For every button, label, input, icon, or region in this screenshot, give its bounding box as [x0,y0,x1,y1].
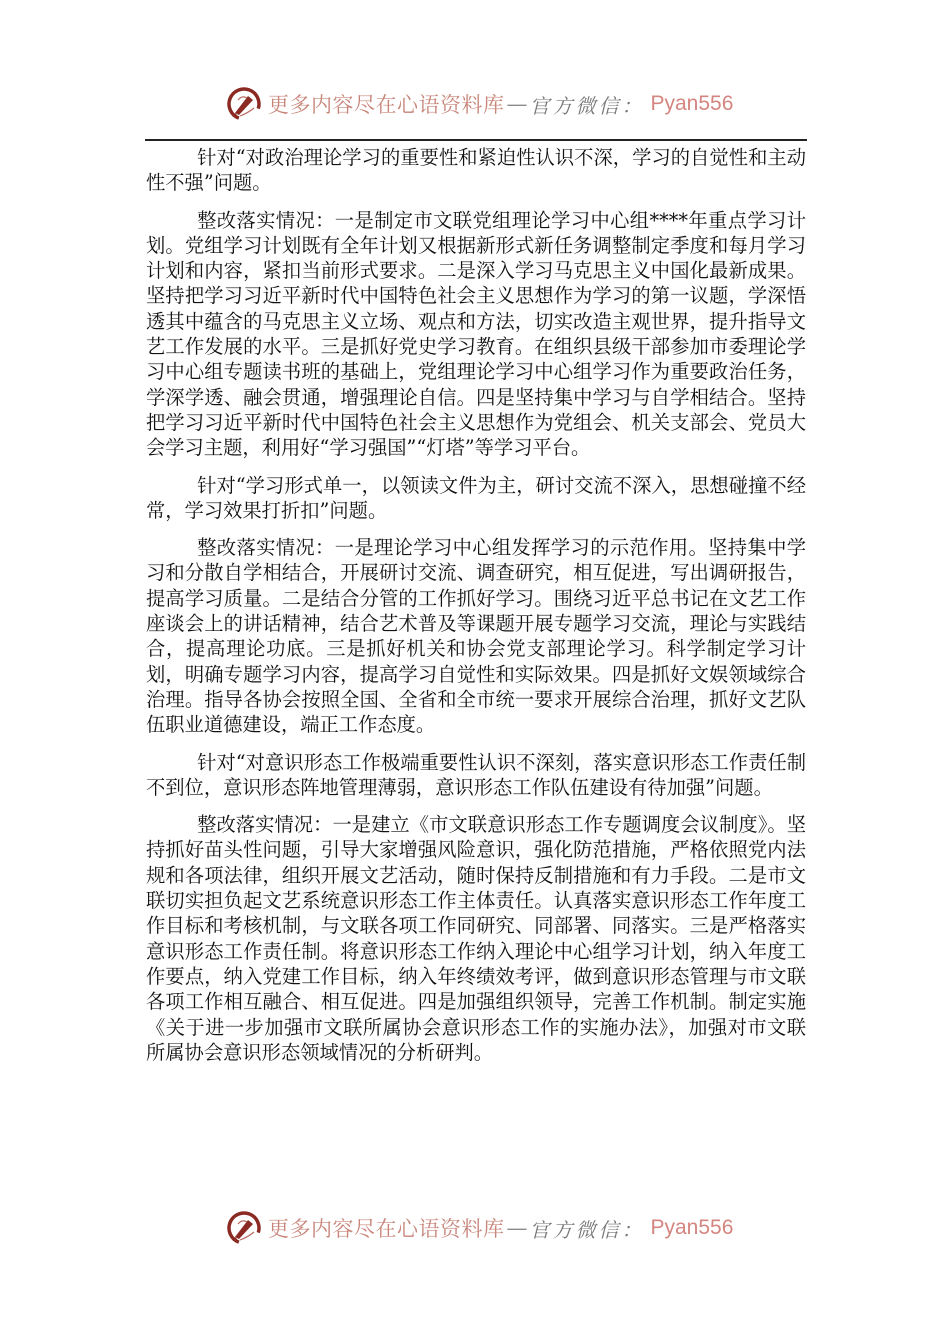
pen-nib-logo-icon [226,1210,262,1246]
header-banner: 更多内容尽在心语资料库 — 官方微信： Pyan556 [226,82,733,126]
header-divider [145,139,807,141]
banner-wechat-id: Pyan556 [651,92,734,116]
banner-slogan: 更多内容尽在心语资料库 [268,1213,505,1243]
rectification-paragraph-2: 整改落实情况：一是理论学习中心组发挥学习的示范作用。坚持集中学习和分散自学相结合… [146,535,806,737]
issue-paragraph-1: 针对“对政治理论学习的重要性和紧迫性认识不深，学习的自觉性和主动性不强”问题。 [146,145,806,196]
footer-banner: 更多内容尽在心语资料库 — 官方微信： Pyan556 [226,1206,733,1250]
rectification-paragraph-1: 整改落实情况：一是制定市文联党组理论学习中心组****年重点学习计划。党组学习计… [146,208,806,461]
document-body: 针对“对政治理论学习的重要性和紧迫性认识不深，学习的自觉性和主动性不强”问题。 … [146,145,806,1077]
issue-paragraph-3: 针对“对意识形态工作极端重要性认识不深刻，落实意识形态工作责任制不到位，意识形态… [146,750,806,801]
banner-dash: — [507,1216,528,1240]
banner-wechat-label: 官方微信： [530,1214,645,1243]
banner-wechat-label: 官方微信： [530,90,645,119]
rectification-paragraph-3: 整改落实情况：一是建立《市文联意识形态工作专题调度会议制度》。坚持抓好苗头性问题… [146,812,806,1065]
banner-dash: — [507,92,528,116]
issue-paragraph-2: 针对“学习形式单一，以领读文件为主，研讨交流不深入，思想碰撞不经常，学习效果打折… [146,473,806,524]
pen-nib-logo-icon [226,86,262,122]
banner-wechat-id: Pyan556 [651,1216,734,1240]
banner-slogan: 更多内容尽在心语资料库 [268,89,505,119]
